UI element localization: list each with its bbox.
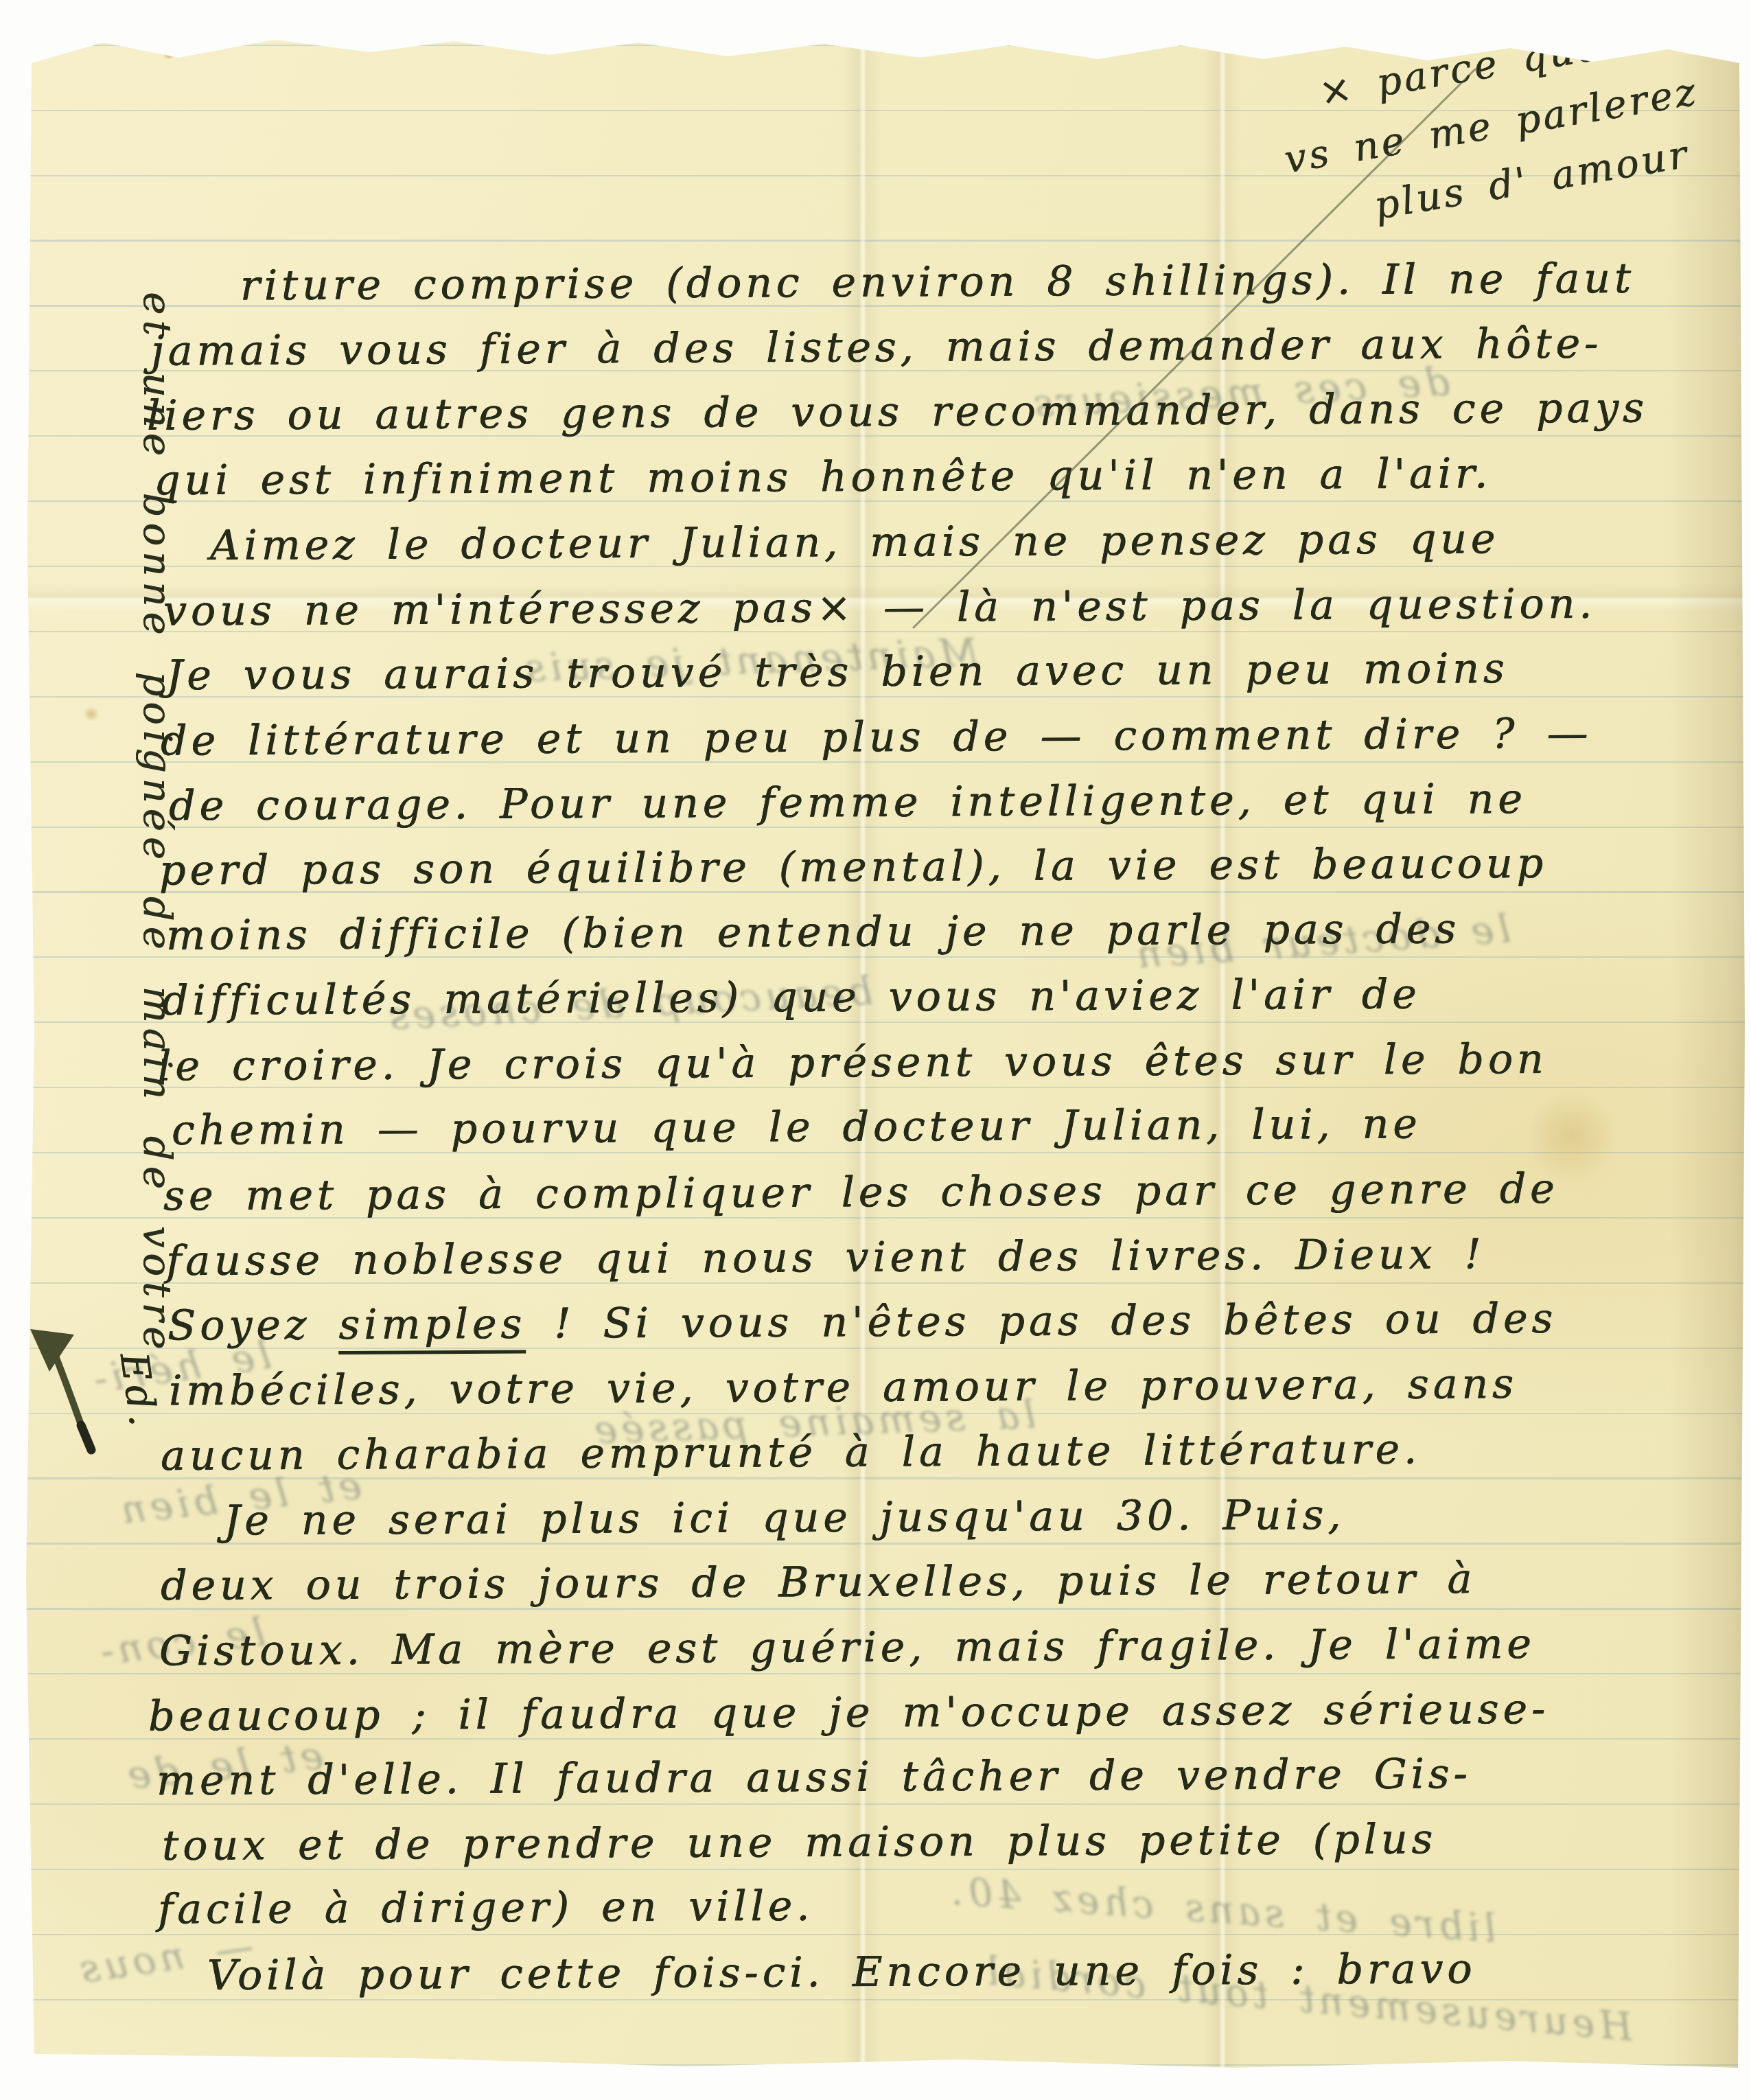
letter-line: riture comprise (donc environ 8 shilling… (240, 258, 1635, 307)
paper-stain (82, 707, 100, 721)
letter-line: difficultés matérielles) que vous n'avie… (162, 973, 1421, 1022)
letter-line: moins difficile (bien entendu je ne parl… (166, 908, 1460, 956)
letter-line-part: Soyez (167, 1301, 339, 1350)
letter-line: ment d'elle. Il faudra aussi tâcher de v… (156, 1753, 1472, 1801)
paper-stain (162, 48, 176, 59)
page-edge-shading (1669, 55, 1751, 2073)
letter-line: imbéciles, votre vie, votre amour le pro… (169, 1363, 1518, 1411)
letter-line: Gistoux. Ma mère est guérie, mais fragil… (159, 1624, 1535, 1672)
letter-line: de courage. Pour une femme intelligente,… (169, 778, 1527, 827)
letter-line: toux et de prendre une maison plus petit… (162, 1819, 1437, 1867)
letter-line: vous ne m'intéressez pas× — là n'est pas… (163, 584, 1596, 632)
letter-line: perd pas son équilibre (mental), la vie … (159, 843, 1547, 892)
letter-line-part: ! Si vous n'êtes pas des bêtes ou des (526, 1295, 1557, 1348)
letter-line: le croire. Je crois qu'à présent vous êt… (158, 1039, 1548, 1087)
letter-paper: de ces messieurs le docteur bien Mainten… (0, 0, 1751, 2100)
letter-line: chemin — pourvu que le docteur Julian, l… (172, 1103, 1422, 1151)
letter-line: aucun charabia emprunté à la haute litté… (161, 1429, 1421, 1477)
letter-line: de littérature et un peu plus de — comme… (161, 713, 1592, 762)
letter-line: jamais vous fier à des listes, mais dema… (151, 323, 1603, 371)
letter-line: qui est infiniment moins honnête qu'il n… (154, 453, 1492, 501)
letter-line: Je vous aurais trouvé très bien avec un … (166, 648, 1509, 696)
letter-line: Voilà pour cette fois-ci. Encore une foi… (207, 1948, 1476, 1996)
letter-line-part-underlined: simples (338, 1300, 526, 1354)
letter-line: facile à diriger) en ville. (158, 1885, 814, 1930)
letter-line: se met pas à compliquer les choses par c… (163, 1168, 1559, 1217)
letter-line: Aimez le docteur Julian, mais ne pensez … (210, 518, 1500, 566)
letter-line: Je ne serai plus ici que jusqu'au 30. Pu… (224, 1495, 1345, 1542)
letter-line: deux ou trois jours de Bruxelles, puis l… (161, 1558, 1476, 1606)
letter-line: Soyez simples ! Si vous n'êtes pas des b… (167, 1298, 1557, 1347)
letter-line: liers ou autres gens de vous recommander… (147, 387, 1648, 436)
letter-line: beaucoup ; il faudra que je m'occupe ass… (148, 1689, 1549, 1738)
letter-line: fausse noblesse qui nous vient des livre… (166, 1234, 1485, 1282)
